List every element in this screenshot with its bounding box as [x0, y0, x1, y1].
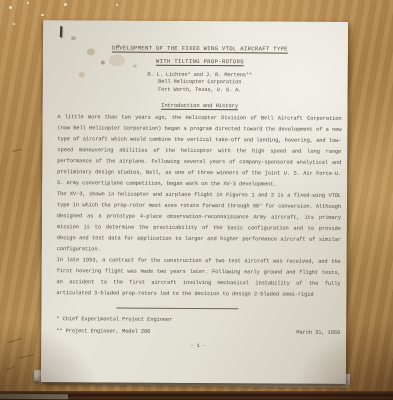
white-speck [64, 3, 67, 6]
footnote-separator [116, 308, 238, 310]
footnote-row: ** Project Engineer, Model 200 March 31,… [56, 326, 340, 339]
white-speck [41, 14, 44, 16]
paragraph: A little more than ten years ago, the He… [57, 112, 341, 191]
section-heading: Introduction and History [58, 99, 342, 112]
paragraph: In late 1953, a contract for the constru… [56, 255, 340, 301]
footnote-project-engineer: ** Project Engineer, Model 200 [56, 326, 150, 338]
white-speck [116, 4, 118, 6]
document-location: Fort Worth, Texas, U. S. A. [58, 86, 342, 95]
white-speck [9, 6, 12, 9]
document-title-line2: WITH TILTING PROP-ROTORS [58, 55, 342, 69]
table-corner-sliver [0, 394, 68, 400]
document-date: March 31, 1959 [296, 327, 340, 339]
page-content: DEVELOPMENT OF THE FIXED WING VTOL AIRCR… [41, 20, 348, 400]
page-number: - 1 - [56, 340, 340, 352]
document-page: DEVELOPMENT OF THE FIXED WING VTOL AIRCR… [41, 20, 348, 384]
scratch-mark [12, 149, 21, 152]
byline-block: R. L. Lichten* and J. R. Mertens** Bell … [58, 71, 342, 95]
photo-background: DEVELOPMENT OF THE FIXED WING VTOL AIRCR… [0, 0, 393, 400]
scratch-mark [5, 366, 15, 370]
scratch-mark [18, 354, 34, 358]
scratch-mark [8, 338, 22, 343]
white-speck [13, 23, 15, 25]
paragraph: The XV-3, shown in helicopter and airpla… [57, 189, 341, 257]
white-speck [27, 2, 29, 4]
body-text: A little more than ten years ago, the He… [56, 112, 341, 301]
